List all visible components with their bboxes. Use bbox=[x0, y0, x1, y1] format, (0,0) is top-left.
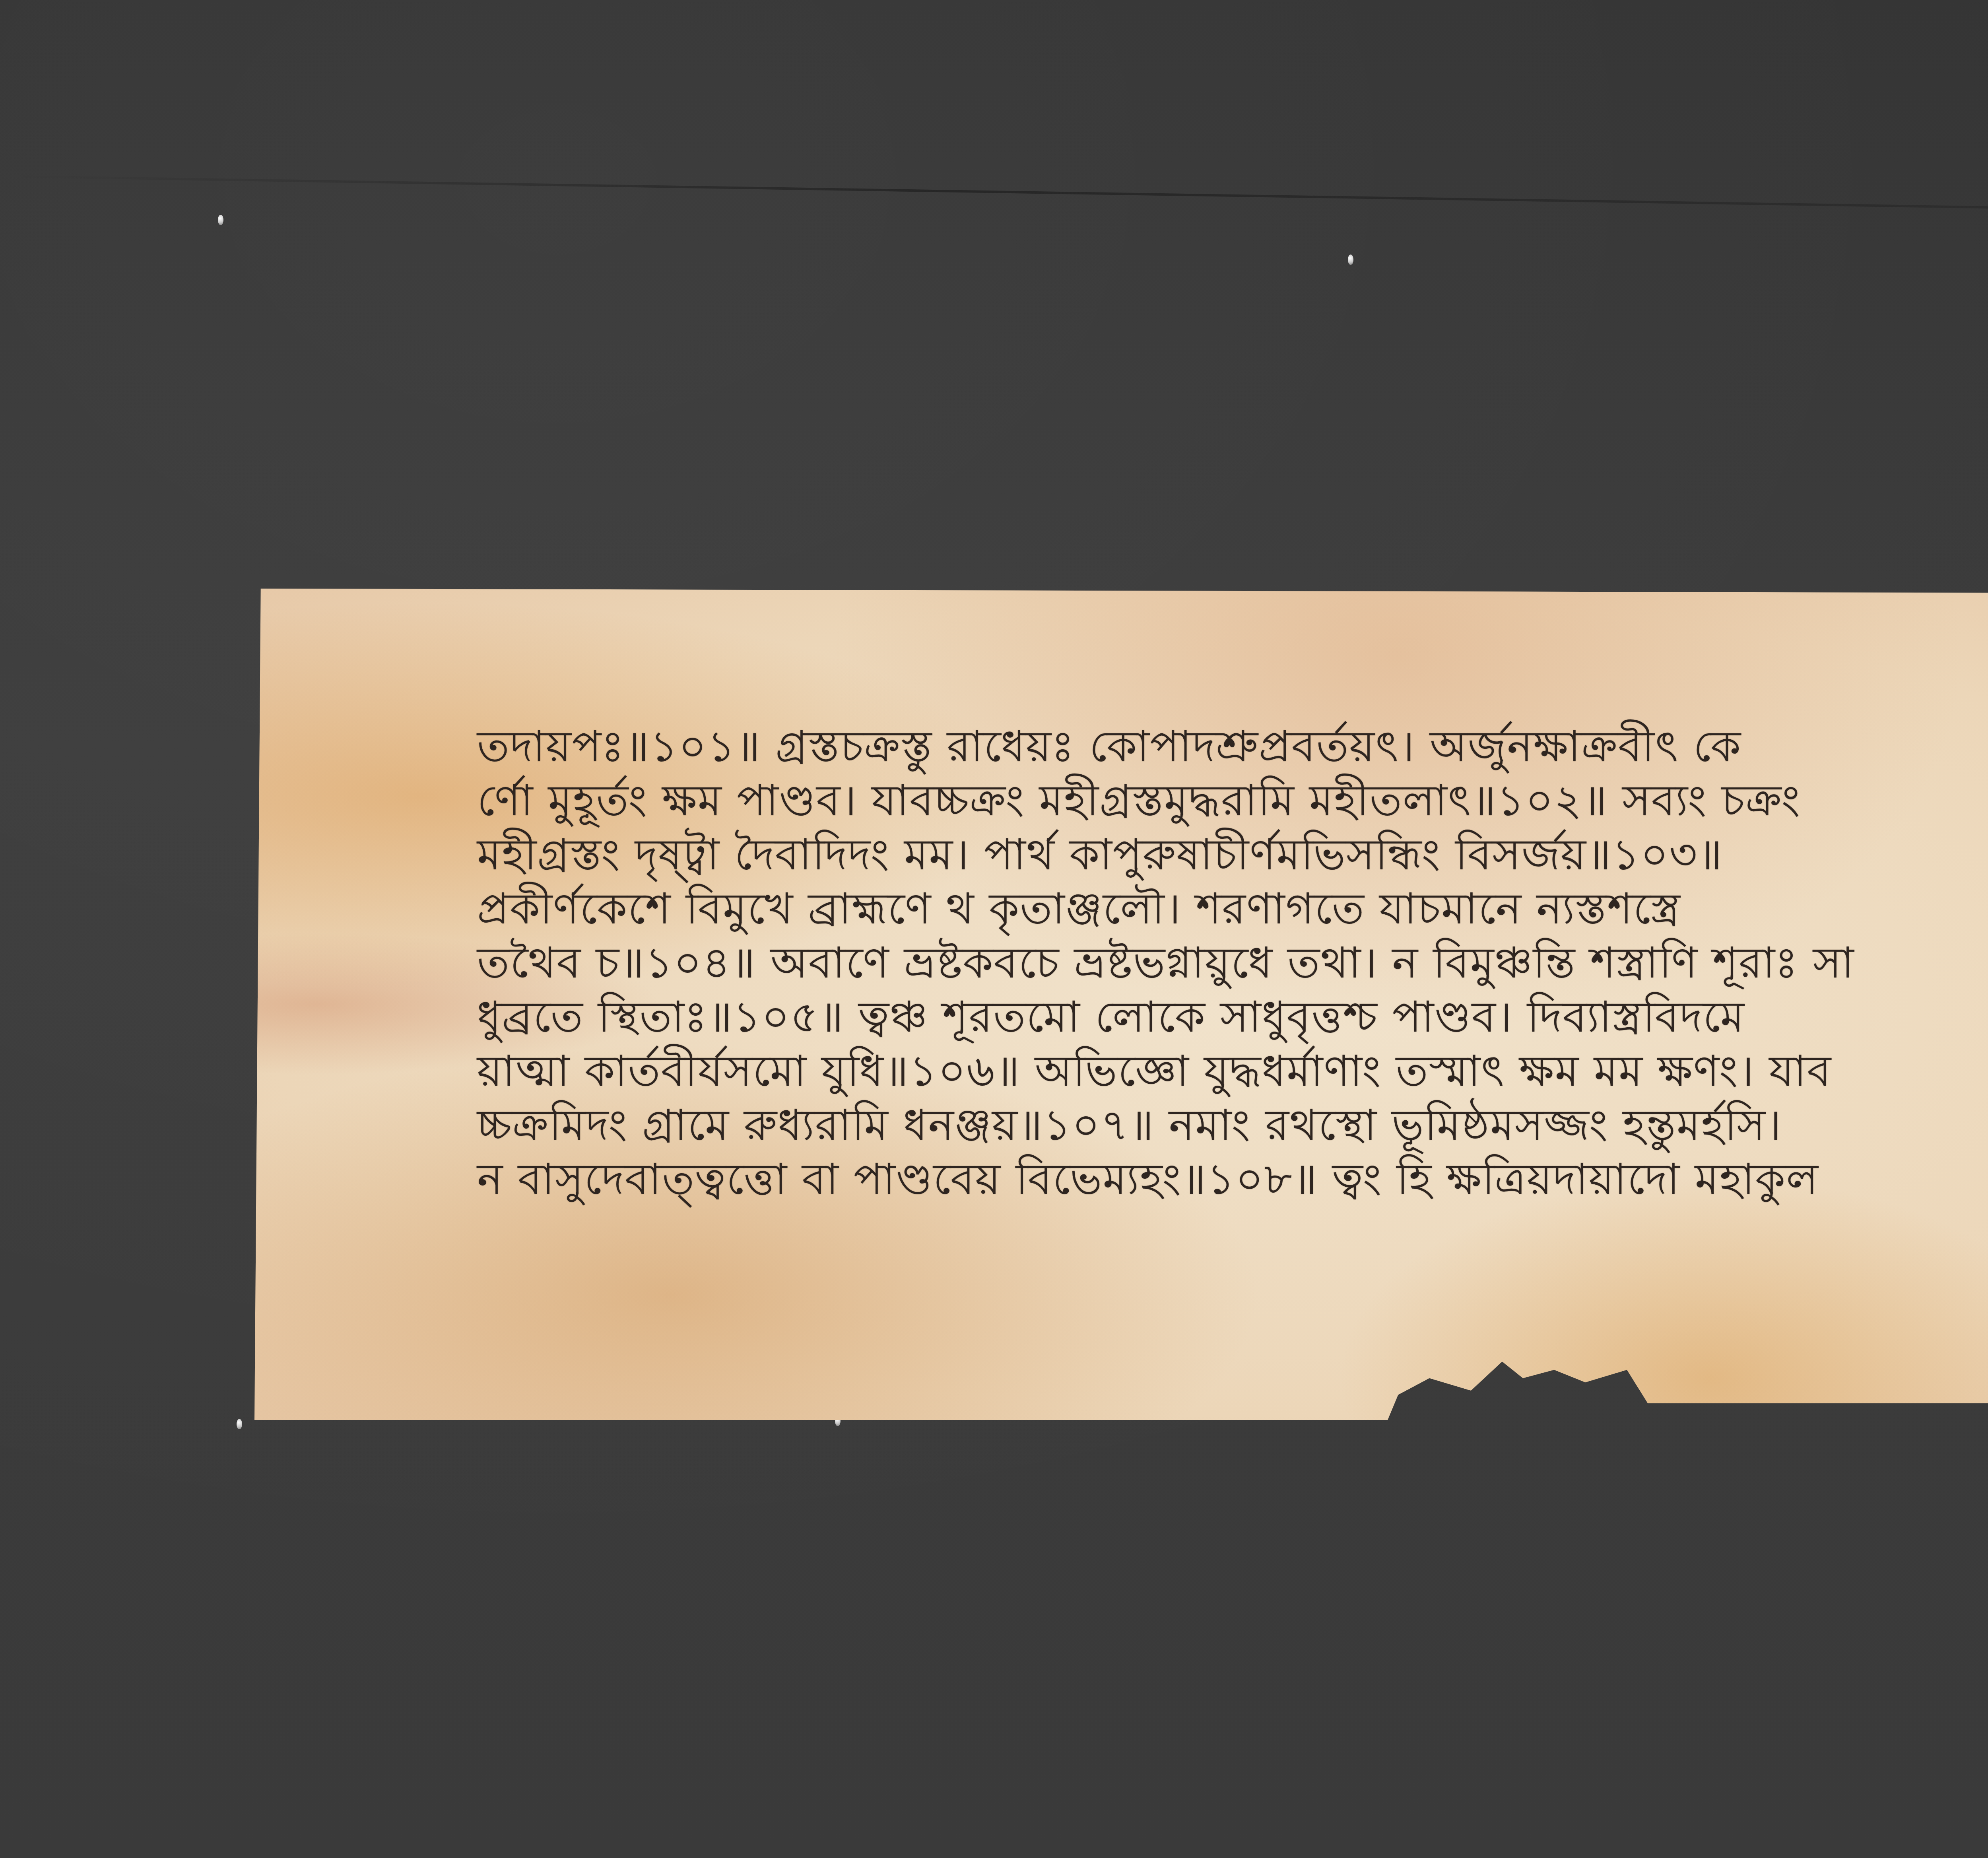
manuscript-text: তদায়পঃ॥১০১॥ গ্রস্তচক্রস্তু রাধেয়ঃ কোপা… bbox=[477, 720, 1988, 1207]
manuscript-folio: তদায়পঃ॥১০১॥ গ্রস্তচক্রস্তু রাধেয়ঃ কোপা… bbox=[254, 589, 1988, 1420]
manuscript-line: তথৈব চ॥১০৪॥ অবাণে ভ্রষ্টকবচে ভ্রষ্টভগ্না… bbox=[477, 936, 1988, 990]
manuscript-line: য়াত্মা কার্তবীর্যসমো যুধি॥১০৬॥ অভিজ্ঞো … bbox=[477, 1044, 1988, 1098]
manuscript-line: প্রকীর্ণকেশে বিমুখে ব্রাহ্মণে থ কৃতাঞ্জল… bbox=[477, 882, 1988, 936]
pin bbox=[218, 215, 223, 225]
pin bbox=[237, 1419, 242, 1429]
pin bbox=[1348, 255, 1353, 265]
manuscript-line: চ্চক্রমিদং গ্রামে রুধ্যরামি ধনঞ্জয়॥১০৭॥… bbox=[477, 1098, 1988, 1153]
manuscript-line: মহীগ্রস্তং দৃষ্ট্বা দৈবাদিদং মম। পার্থ ক… bbox=[477, 828, 1988, 882]
manuscript-line: তদায়পঃ॥১০১॥ গ্রস্তচক্রস্তু রাধেয়ঃ কোপা… bbox=[477, 720, 1988, 774]
manuscript-line: র্ণো মুহূর্তং ক্ষম পাণ্ডব। যাবচ্চক্রং মহ… bbox=[477, 774, 1988, 828]
manuscript-line: ধুব্রতে স্থিতাঃ॥১০৫॥ ত্বঞ্চ শূরতমো লোকে … bbox=[477, 990, 1988, 1044]
manuscript-line: ন বাসুদেবাত্ত্বত্তো বা পাণ্ডবেয় বিভেম্য… bbox=[477, 1153, 1988, 1207]
